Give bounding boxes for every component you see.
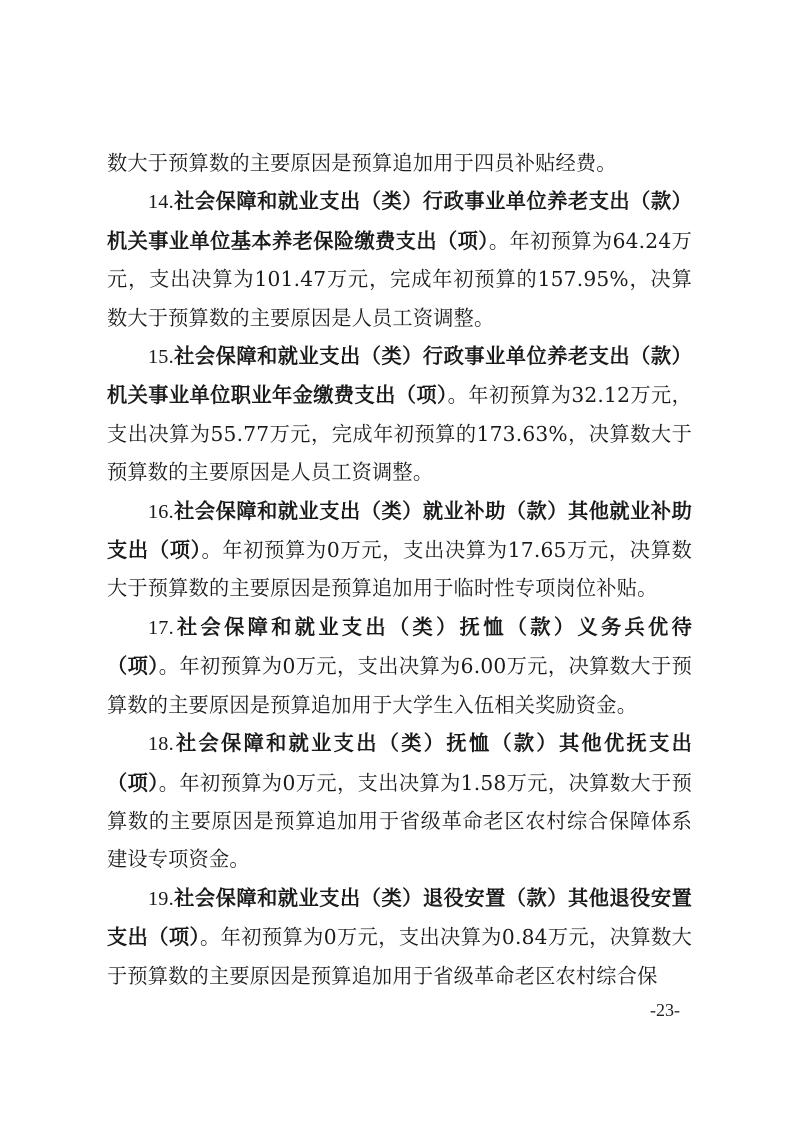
item-body: 。年初预算为0万元，支出决算为6.00万元，决算数大于预算数的主要原因是预算追加… bbox=[107, 654, 692, 716]
item-number: 16. bbox=[148, 501, 174, 523]
continuation-paragraph: 数大于预算数的主要原因是预算追加用于四员补贴经费。 bbox=[107, 144, 692, 182]
item-19-paragraph: 19.社会保障和就业支出（类）退役安置（款）其他退役安置支出（项）。年初预算为0… bbox=[107, 879, 692, 995]
item-15-paragraph: 15.社会保障和就业支出（类）行政事业单位养老支出（款）机关事业单位职业年金缴费… bbox=[107, 337, 692, 492]
item-number: 17. bbox=[148, 617, 174, 639]
item-17-paragraph: 17.社会保障和就业支出（类）抚恤（款）义务兵优待（项）。年初预算为0万元，支出… bbox=[107, 608, 692, 724]
document-page: 数大于预算数的主要原因是预算追加用于四员补贴经费。 14.社会保障和就业支出（类… bbox=[107, 144, 692, 995]
item-14-paragraph: 14.社会保障和就业支出（类）行政事业单位养老支出（款）机关事业单位基本养老保险… bbox=[107, 182, 692, 337]
item-16-paragraph: 16.社会保障和就业支出（类）就业补助（款）其他就业补助支出（项）。年初预算为0… bbox=[107, 492, 692, 608]
item-number: 15. bbox=[148, 346, 174, 368]
item-number: 14. bbox=[148, 191, 174, 213]
item-number: 18. bbox=[148, 733, 174, 755]
item-body: 。年初预算为0万元，支出决算为1.58万元，决算数大于预算数的主要原因是预算追加… bbox=[107, 771, 692, 872]
item-18-paragraph: 18.社会保障和就业支出（类）抚恤（款）其他优抚支出（项）。年初预算为0万元，支… bbox=[107, 724, 692, 879]
page-number: -23- bbox=[650, 1000, 680, 1021]
item-number: 19. bbox=[148, 888, 174, 910]
